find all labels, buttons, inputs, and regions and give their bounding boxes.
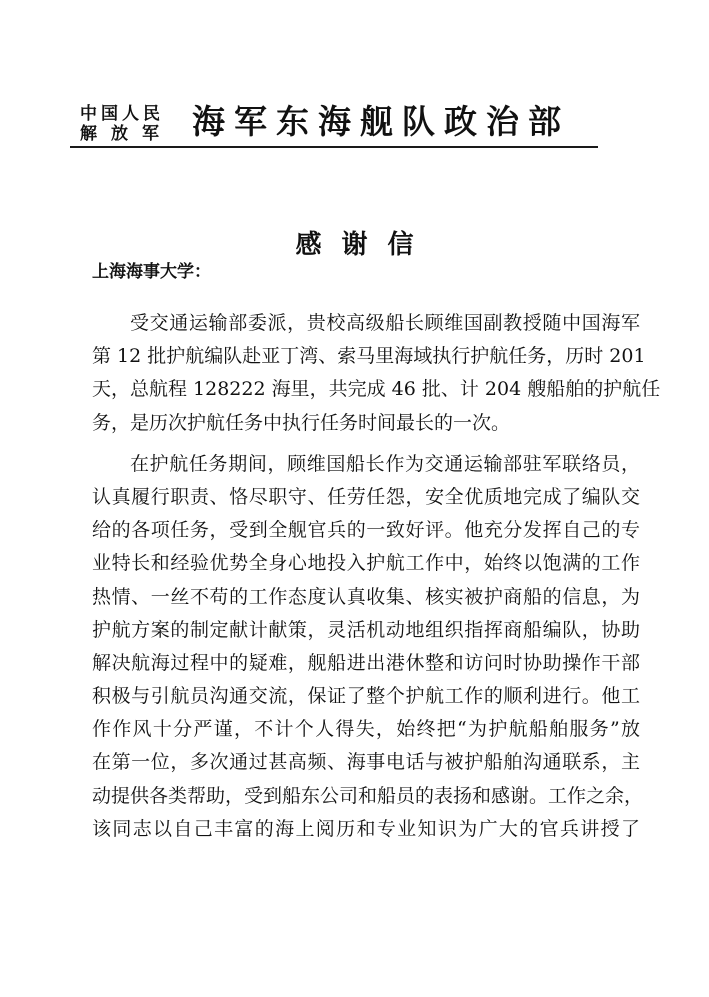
letterhead-org-name: 海军东海舰队政治部 [192, 102, 570, 142]
paragraph-line: 业特长和经验优势全身心地投入护航工作中，始终以饱满的工作 [92, 547, 640, 580]
letter-title: 感谢信 [0, 224, 709, 261]
paragraph-line: 第 12 批护航编队赴亚丁湾、索马里海域执行护航任务，历时 201 [92, 340, 640, 373]
letterhead-divider [70, 146, 598, 148]
paragraph-line: 认真履行职责、恪尽职守、任劳任怨，安全优质地完成了编队交 [92, 481, 640, 514]
paragraph-line: 天，总航程 128222 海里，共完成 46 批、计 204 艘船舶的护航任 [92, 373, 640, 406]
letterhead-pla-line1: 中国人民 [80, 104, 192, 124]
paragraph-line: 作作风十分严谨，不计个人得失，始终把“为护航船舶服务”放 [92, 713, 640, 746]
paragraph-1: 受交通运输部委派，贵校高级船长顾维国副教授随中国海军 第 12 批护航编队赴亚丁… [92, 307, 640, 440]
paragraph-line: 务，是历次护航任务中执行任务时间最长的一次。 [92, 407, 640, 440]
letterhead-pla-line2: 解放军 [80, 124, 192, 144]
paragraph-line: 给的各项任务，受到全舰官兵的一致好评。他充分发挥自己的专 [92, 514, 640, 547]
paragraph-line: 在第一位，多次通过甚高频、海事电话与被护船舶沟通联系，主 [92, 746, 640, 779]
paragraph-line: 热情、一丝不苟的工作态度认真收集、核实被护商船的信息，为 [92, 581, 640, 614]
letter-salutation: 上海海事大学： [92, 258, 211, 286]
paragraph-line: 该同志以自己丰富的海上阅历和专业知识为广大的官兵讲授了 [92, 813, 640, 846]
letterhead-pla-label: 中国人民 解放军 [80, 104, 192, 144]
paragraph-line: 受交通运输部委派，贵校高级船长顾维国副教授随中国海军 [92, 307, 640, 340]
paragraph-2: 在护航任务期间，顾维国船长作为交通运输部驻军联络员， 认真履行职责、恪尽职守、任… [92, 448, 640, 846]
paragraph-gap [92, 440, 640, 448]
letterhead: 中国人民 解放军 海军东海舰队政治部 [70, 100, 598, 150]
paragraph-line: 护航方案的制定献计献策，灵活机动地组织指挥商船编队，协助 [92, 614, 640, 647]
paragraph-line: 积极与引航员沟通交流，保证了整个护航工作的顺利进行。他工 [92, 680, 640, 713]
paragraph-line: 解决航海过程中的疑难，舰船进出港休整和访问时协助操作干部 [92, 647, 640, 680]
paragraph-line: 在护航任务期间，顾维国船长作为交通运输部驻军联络员， [92, 448, 640, 481]
letter-body: 受交通运输部委派，贵校高级船长顾维国副教授随中国海军 第 12 批护航编队赴亚丁… [92, 307, 640, 846]
paragraph-line: 动提供各类帮助，受到船东公司和船员的表扬和感谢。工作之余， [92, 780, 640, 813]
